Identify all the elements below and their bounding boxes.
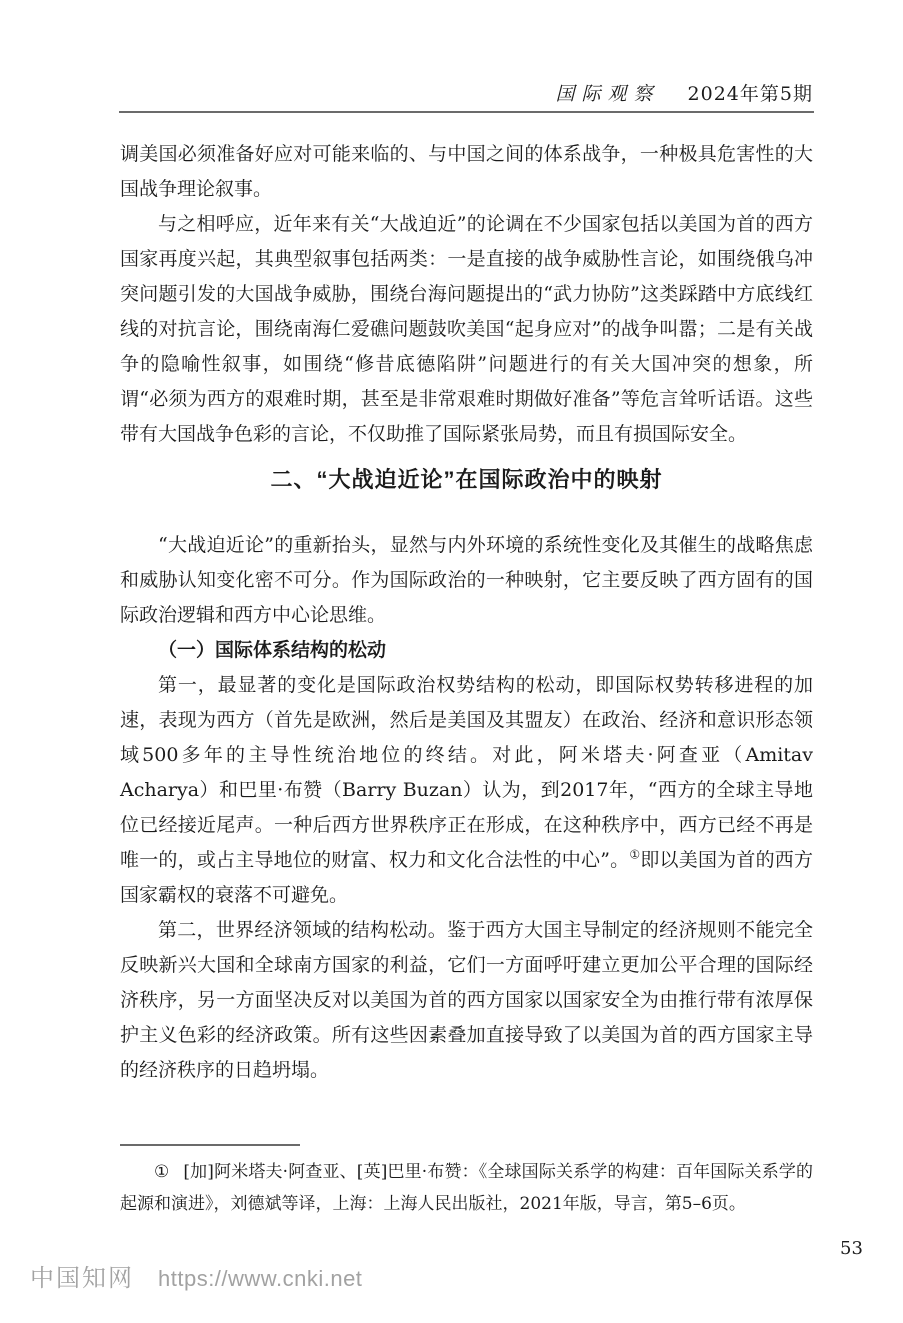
cnki-watermark-name: 中国知网	[30, 1265, 134, 1292]
journal-title: 国际观察	[556, 83, 660, 105]
article-body: 调美国必须准备好应对可能来临的、与中国之间的体系战争，一种极具危害性的大国战争理…	[120, 137, 813, 1088]
footnote-reference-mark: ①	[629, 848, 640, 862]
paragraph-section-intro: “大战迫近论”的重新抬头，显然与内外环境的系统性变化及其催生的战略焦虑和威胁认知…	[120, 528, 813, 633]
running-head: 国际观察2024年第5期	[120, 79, 813, 106]
paragraph-first-point: 第一，最显著的变化是国际政治权势结构的松动，即国际权势转移进程的加速，表现为西方…	[120, 668, 813, 913]
subsection-heading: （一）国际体系结构的松动	[120, 633, 813, 668]
paragraph-second-point: 第二，世界经济领域的结构松动。鉴于西方大国主导制定的经济规则不能完全反映新兴大国…	[120, 913, 813, 1088]
footnote-text: [加]阿米塔夫·阿查亚、[英]巴里·布赞：《全球国际关系学的构建：百年国际关系学…	[120, 1162, 813, 1214]
footnote-separator-rule	[120, 1144, 300, 1146]
paragraph-two-narratives: 与之相呼应，近年来有关“大战迫近”的论调在不少国家包括以美国为首的西方国家再度兴…	[120, 207, 813, 452]
first-point-text: 第一，最显著的变化是国际政治权势结构的松动，即国际权势转移进程的加速，表现为西方…	[120, 674, 813, 871]
cnki-watermark-url: https://www.cnki.net	[158, 1266, 362, 1291]
paragraph-continuation: 调美国必须准备好应对可能来临的、与中国之间的体系战争，一种极具危害性的大国战争理…	[120, 137, 813, 207]
page-number: 53	[840, 1238, 863, 1259]
issue-label: 2024年第5期	[688, 83, 813, 105]
cnki-watermark: 中国知网https://www.cnki.net	[30, 1258, 362, 1293]
header-rule	[119, 111, 814, 113]
footnote-marker: ①	[154, 1162, 169, 1182]
footnote: ①[加]阿米塔夫·阿查亚、[英]巴里·布赞：《全球国际关系学的构建：百年国际关系…	[120, 1156, 813, 1220]
journal-page: 国际观察2024年第5期 调美国必须准备好应对可能来临的、与中国之间的体系战争，…	[0, 0, 903, 1323]
section-heading: 二、“大战迫近论”在国际政治中的映射	[120, 464, 813, 496]
